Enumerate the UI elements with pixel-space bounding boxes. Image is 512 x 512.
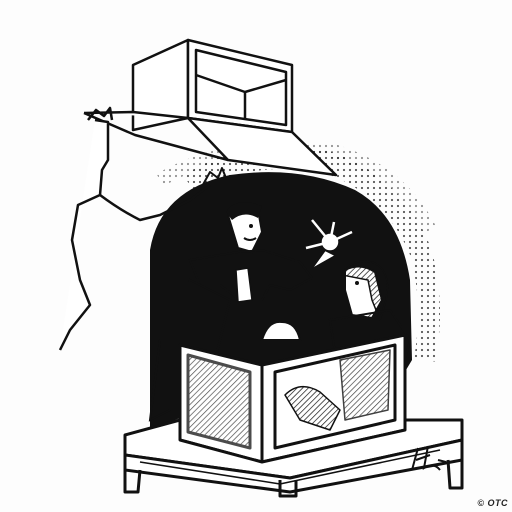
copyright-watermark: © OTC — [477, 498, 508, 508]
illustration-drawing — [0, 0, 512, 512]
illustration: © OTC — [0, 0, 512, 512]
open-box-lid — [84, 40, 336, 175]
